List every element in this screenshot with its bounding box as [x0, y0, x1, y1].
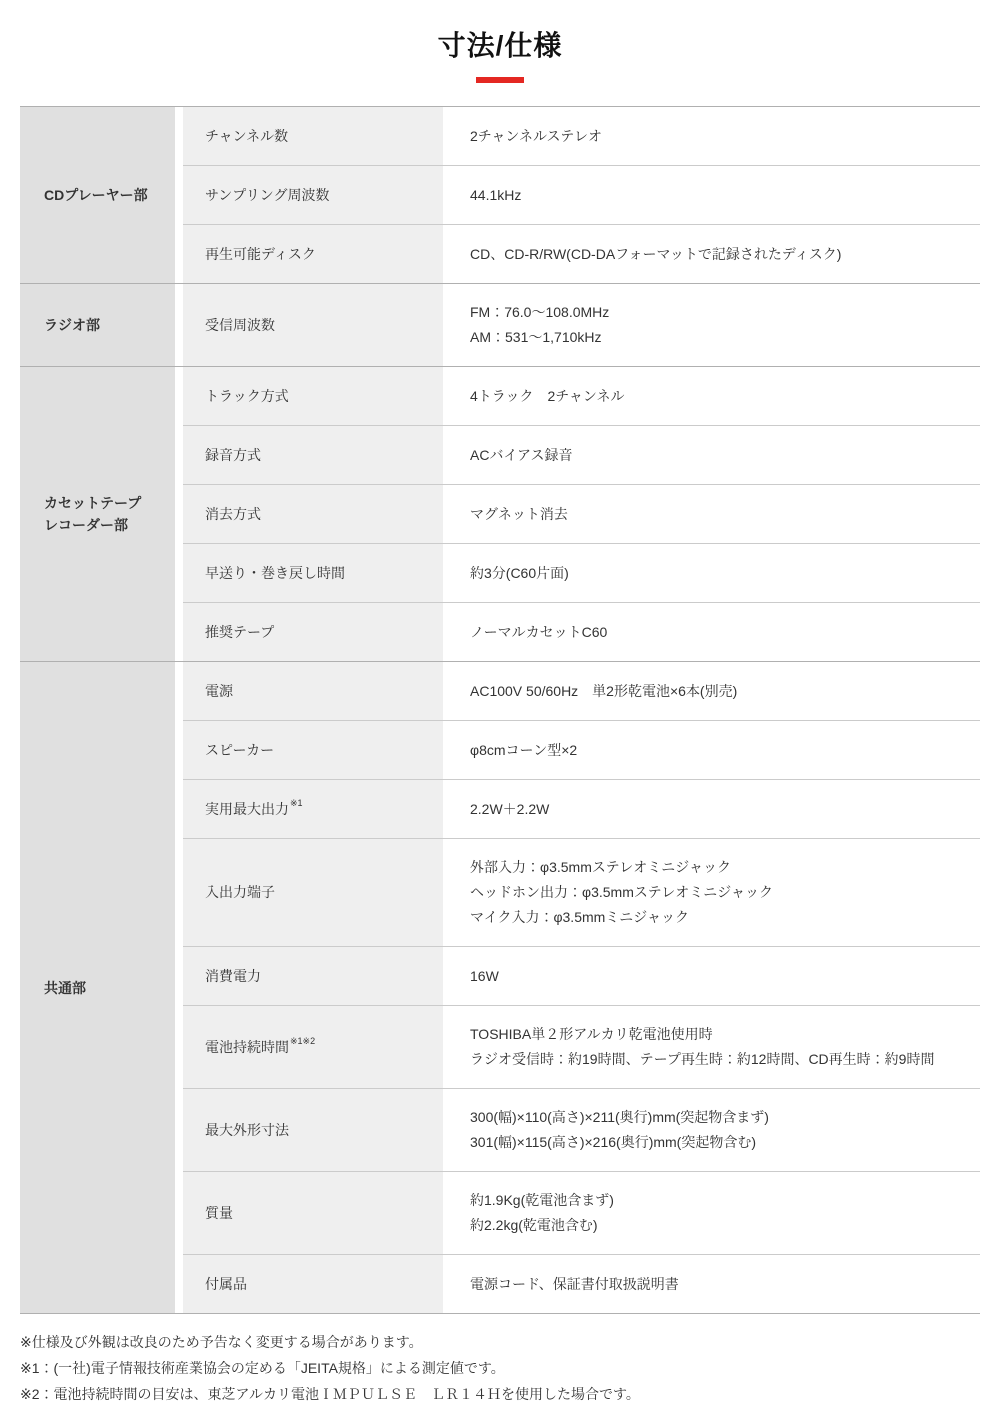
- spec-label: 受信周波数: [205, 313, 275, 338]
- spec-table: CDプレーヤー部チャンネル数2チャンネルステレオサンプリング周波数44.1kHz…: [20, 106, 980, 1314]
- spec-value-line: 44.1kHz: [470, 183, 968, 208]
- spec-value-cell: φ8cmコーン型×2: [443, 721, 980, 779]
- spec-value-line: 電源コード、保証書付取扱説明書: [470, 1272, 968, 1297]
- spec-row: 最大外形寸法300(幅)×110(高さ)×211(奥行)mm(突起物含まず)30…: [183, 1088, 980, 1171]
- spec-value-line: TOSHIBA単２形アルカリ乾電池使用時: [470, 1022, 968, 1047]
- category-label: CDプレーヤー部: [44, 184, 175, 206]
- spec-label: 電池持続時間: [205, 1035, 289, 1060]
- spec-section: CDプレーヤー部チャンネル数2チャンネルステレオサンプリング周波数44.1kHz…: [20, 107, 980, 283]
- spec-label-cell: 消費電力: [183, 947, 443, 1005]
- spec-label-cell: スピーカー: [183, 721, 443, 779]
- section-rows: 受信周波数FM：76.0～108.0MHzAM：531～1,710kHz: [183, 284, 980, 366]
- spec-value-line: 約1.9Kg(乾電池含まず): [470, 1188, 968, 1213]
- spec-label-cell: トラック方式: [183, 367, 443, 425]
- spec-row: 早送り・巻き戻し時間約3分(C60片面): [183, 543, 980, 602]
- spec-label-cell: チャンネル数: [183, 107, 443, 165]
- spec-value-line: 300(幅)×110(高さ)×211(奥行)mm(突起物含まず): [470, 1105, 968, 1130]
- spec-value-cell: 16W: [443, 947, 980, 1005]
- spec-label-cell: 再生可能ディスク: [183, 225, 443, 283]
- spec-label-cell: 消去方式: [183, 485, 443, 543]
- category-gutter: [175, 367, 183, 661]
- spec-label-cell: 最大外形寸法: [183, 1089, 443, 1171]
- spec-label-footnote-marker: ※1: [290, 791, 303, 816]
- page-title: 寸法/仕様: [0, 24, 1000, 64]
- spec-label: トラック方式: [205, 384, 289, 409]
- spec-row: 受信周波数FM：76.0～108.0MHzAM：531～1,710kHz: [183, 284, 980, 366]
- spec-value-line: ヘッドホン出力：φ3.5mmステレオミニジャック: [470, 880, 968, 905]
- spec-value-cell: CD、CD-R/RW(CD-DAフォーマットで記録されたディスク): [443, 225, 980, 283]
- spec-section: ラジオ部受信周波数FM：76.0～108.0MHzAM：531～1,710kHz: [20, 283, 980, 366]
- spec-row: 再生可能ディスクCD、CD-R/RW(CD-DAフォーマットで記録されたディスク…: [183, 224, 980, 283]
- spec-value-line: φ8cmコーン型×2: [470, 738, 968, 763]
- category-gutter: [175, 284, 183, 366]
- spec-label: サンプリング周波数: [205, 183, 329, 208]
- spec-value-line: AC100V 50/60Hz 単2形乾電池×6本(別売): [470, 679, 968, 704]
- spec-value-line: 約2.2kg(乾電池含む): [470, 1213, 968, 1238]
- spec-row: 電池持続時間※1※2TOSHIBA単２形アルカリ乾電池使用時ラジオ受信時：約19…: [183, 1005, 980, 1088]
- spec-label: 電源: [205, 679, 233, 704]
- spec-value-cell: マグネット消去: [443, 485, 980, 543]
- spec-value-line: CD、CD-R/RW(CD-DAフォーマットで記録されたディスク): [470, 242, 968, 267]
- spec-label: 推奨テープ: [205, 620, 274, 645]
- spec-page: 寸法/仕様 CDプレーヤー部チャンネル数2チャンネルステレオサンプリング周波数4…: [0, 24, 1000, 1421]
- spec-row: 実用最大出力※12.2W＋2.2W: [183, 779, 980, 838]
- spec-label: 消費電力: [205, 964, 261, 989]
- spec-value-cell: TOSHIBA単２形アルカリ乾電池使用時ラジオ受信時：約19時間、テープ再生時：…: [443, 1006, 980, 1088]
- spec-value-cell: 電源コード、保証書付取扱説明書: [443, 1255, 980, 1313]
- spec-value-cell: 2チャンネルステレオ: [443, 107, 980, 165]
- spec-value-line: 約3分(C60片面): [470, 561, 968, 586]
- spec-value-line: FM：76.0～108.0MHz: [470, 300, 968, 325]
- section-rows: トラック方式4トラック 2チャンネル録音方式ACバイアス録音消去方式マグネット消…: [183, 367, 980, 661]
- spec-label-cell: 質量: [183, 1172, 443, 1254]
- spec-value-line: ACバイアス録音: [470, 443, 968, 468]
- spec-label-cell: 受信周波数: [183, 284, 443, 366]
- spec-label: 早送り・巻き戻し時間: [205, 561, 345, 586]
- spec-value-line: 16W: [470, 964, 968, 989]
- category-cell: CDプレーヤー部: [20, 107, 175, 283]
- spec-value-cell: 約1.9Kg(乾電池含まず)約2.2kg(乾電池含む): [443, 1172, 980, 1254]
- spec-value-cell: ノーマルカセットC60: [443, 603, 980, 661]
- spec-value-line: マグネット消去: [470, 502, 968, 527]
- spec-label-cell: 電源: [183, 662, 443, 720]
- category-cell: カセットテープレコーダー部: [20, 367, 175, 661]
- spec-section: カセットテープレコーダー部トラック方式4トラック 2チャンネル録音方式ACバイア…: [20, 366, 980, 661]
- category-gutter: [175, 662, 183, 1313]
- spec-value-line: ラジオ受信時：約19時間、テープ再生時：約12時間、CD再生時：約9時間: [470, 1047, 968, 1072]
- spec-value-line: 4トラック 2チャンネル: [470, 384, 968, 409]
- category-label: ラジオ部: [44, 314, 175, 336]
- spec-label: 実用最大出力: [205, 797, 289, 822]
- spec-row: チャンネル数2チャンネルステレオ: [183, 107, 980, 165]
- category-label: レコーダー部: [44, 514, 175, 536]
- section-rows: 電源AC100V 50/60Hz 単2形乾電池×6本(別売)スピーカーφ8cmコ…: [183, 662, 980, 1313]
- footnote-line: ※2：電池持続時間の目安は、東芝アルカリ電池ＩＭＰＵＬＳＥ ＬＲ１４Ｈを使用した…: [20, 1381, 980, 1407]
- spec-row: 録音方式ACバイアス録音: [183, 425, 980, 484]
- spec-label-footnote-marker: ※1※2: [290, 1029, 315, 1054]
- spec-value-line: 外部入力：φ3.5mmステレオミニジャック: [470, 855, 968, 880]
- spec-value-line: ノーマルカセットC60: [470, 620, 968, 645]
- spec-label: 最大外形寸法: [205, 1118, 289, 1143]
- spec-value-line: マイク入力：φ3.5mmミニジャック: [470, 905, 968, 930]
- spec-value-line: 2チャンネルステレオ: [470, 124, 968, 149]
- spec-label: チャンネル数: [205, 124, 288, 149]
- spec-value-line: AM：531～1,710kHz: [470, 325, 968, 350]
- spec-value-cell: FM：76.0～108.0MHzAM：531～1,710kHz: [443, 284, 980, 366]
- spec-row: 消去方式マグネット消去: [183, 484, 980, 543]
- spec-value-cell: 4トラック 2チャンネル: [443, 367, 980, 425]
- spec-value-cell: AC100V 50/60Hz 単2形乾電池×6本(別売): [443, 662, 980, 720]
- spec-value-cell: 44.1kHz: [443, 166, 980, 224]
- spec-value-line: 301(幅)×115(高さ)×216(奥行)mm(突起物含む): [470, 1130, 968, 1155]
- spec-label-cell: 推奨テープ: [183, 603, 443, 661]
- spec-value-cell: ACバイアス録音: [443, 426, 980, 484]
- section-rows: チャンネル数2チャンネルステレオサンプリング周波数44.1kHz再生可能ディスク…: [183, 107, 980, 283]
- spec-label-cell: 電池持続時間※1※2: [183, 1006, 443, 1088]
- spec-row: 入出力端子外部入力：φ3.5mmステレオミニジャックヘッドホン出力：φ3.5mm…: [183, 838, 980, 946]
- footnote-line: ※1：(一社)電子情報技術産業協会の定める「JEITA規格」による測定値です。: [20, 1355, 980, 1381]
- spec-label: 消去方式: [205, 502, 261, 527]
- footnotes: ※仕様及び外観は改良のため予告なく変更する場合があります。※1：(一社)電子情報…: [20, 1329, 980, 1407]
- spec-value-cell: 外部入力：φ3.5mmステレオミニジャックヘッドホン出力：φ3.5mmステレオミ…: [443, 839, 980, 946]
- spec-row: トラック方式4トラック 2チャンネル: [183, 367, 980, 425]
- spec-row: 消費電力16W: [183, 946, 980, 1005]
- spec-label-cell: サンプリング周波数: [183, 166, 443, 224]
- spec-row: サンプリング周波数44.1kHz: [183, 165, 980, 224]
- spec-label: 録音方式: [205, 443, 261, 468]
- spec-row: 電源AC100V 50/60Hz 単2形乾電池×6本(別売): [183, 662, 980, 720]
- spec-value-cell: 約3分(C60片面): [443, 544, 980, 602]
- spec-section: 共通部電源AC100V 50/60Hz 単2形乾電池×6本(別売)スピーカーφ8…: [20, 661, 980, 1313]
- spec-label: 質量: [205, 1201, 233, 1226]
- spec-label: 付属品: [205, 1272, 247, 1297]
- spec-label: 入出力端子: [205, 880, 275, 905]
- spec-row: 付属品電源コード、保証書付取扱説明書: [183, 1254, 980, 1313]
- spec-row: 質量約1.9Kg(乾電池含まず)約2.2kg(乾電池含む): [183, 1171, 980, 1254]
- title-underline-bar: [476, 77, 524, 83]
- spec-row: 推奨テープノーマルカセットC60: [183, 602, 980, 661]
- spec-label-cell: 付属品: [183, 1255, 443, 1313]
- spec-label-cell: 入出力端子: [183, 839, 443, 946]
- spec-value-cell: 300(幅)×110(高さ)×211(奥行)mm(突起物含まず)301(幅)×1…: [443, 1089, 980, 1171]
- category-cell: 共通部: [20, 662, 175, 1313]
- category-label: 共通部: [44, 977, 175, 999]
- category-gutter: [175, 107, 183, 283]
- spec-row: スピーカーφ8cmコーン型×2: [183, 720, 980, 779]
- footnote-line: ※仕様及び外観は改良のため予告なく変更する場合があります。: [20, 1329, 980, 1355]
- spec-label: 再生可能ディスク: [205, 242, 316, 267]
- category-label: カセットテープ: [44, 492, 175, 514]
- spec-value-cell: 2.2W＋2.2W: [443, 780, 980, 838]
- spec-label-cell: 録音方式: [183, 426, 443, 484]
- category-cell: ラジオ部: [20, 284, 175, 366]
- spec-value-line: 2.2W＋2.2W: [470, 797, 968, 822]
- spec-label: スピーカー: [205, 738, 274, 763]
- spec-label-cell: 実用最大出力※1: [183, 780, 443, 838]
- spec-label-cell: 早送り・巻き戻し時間: [183, 544, 443, 602]
